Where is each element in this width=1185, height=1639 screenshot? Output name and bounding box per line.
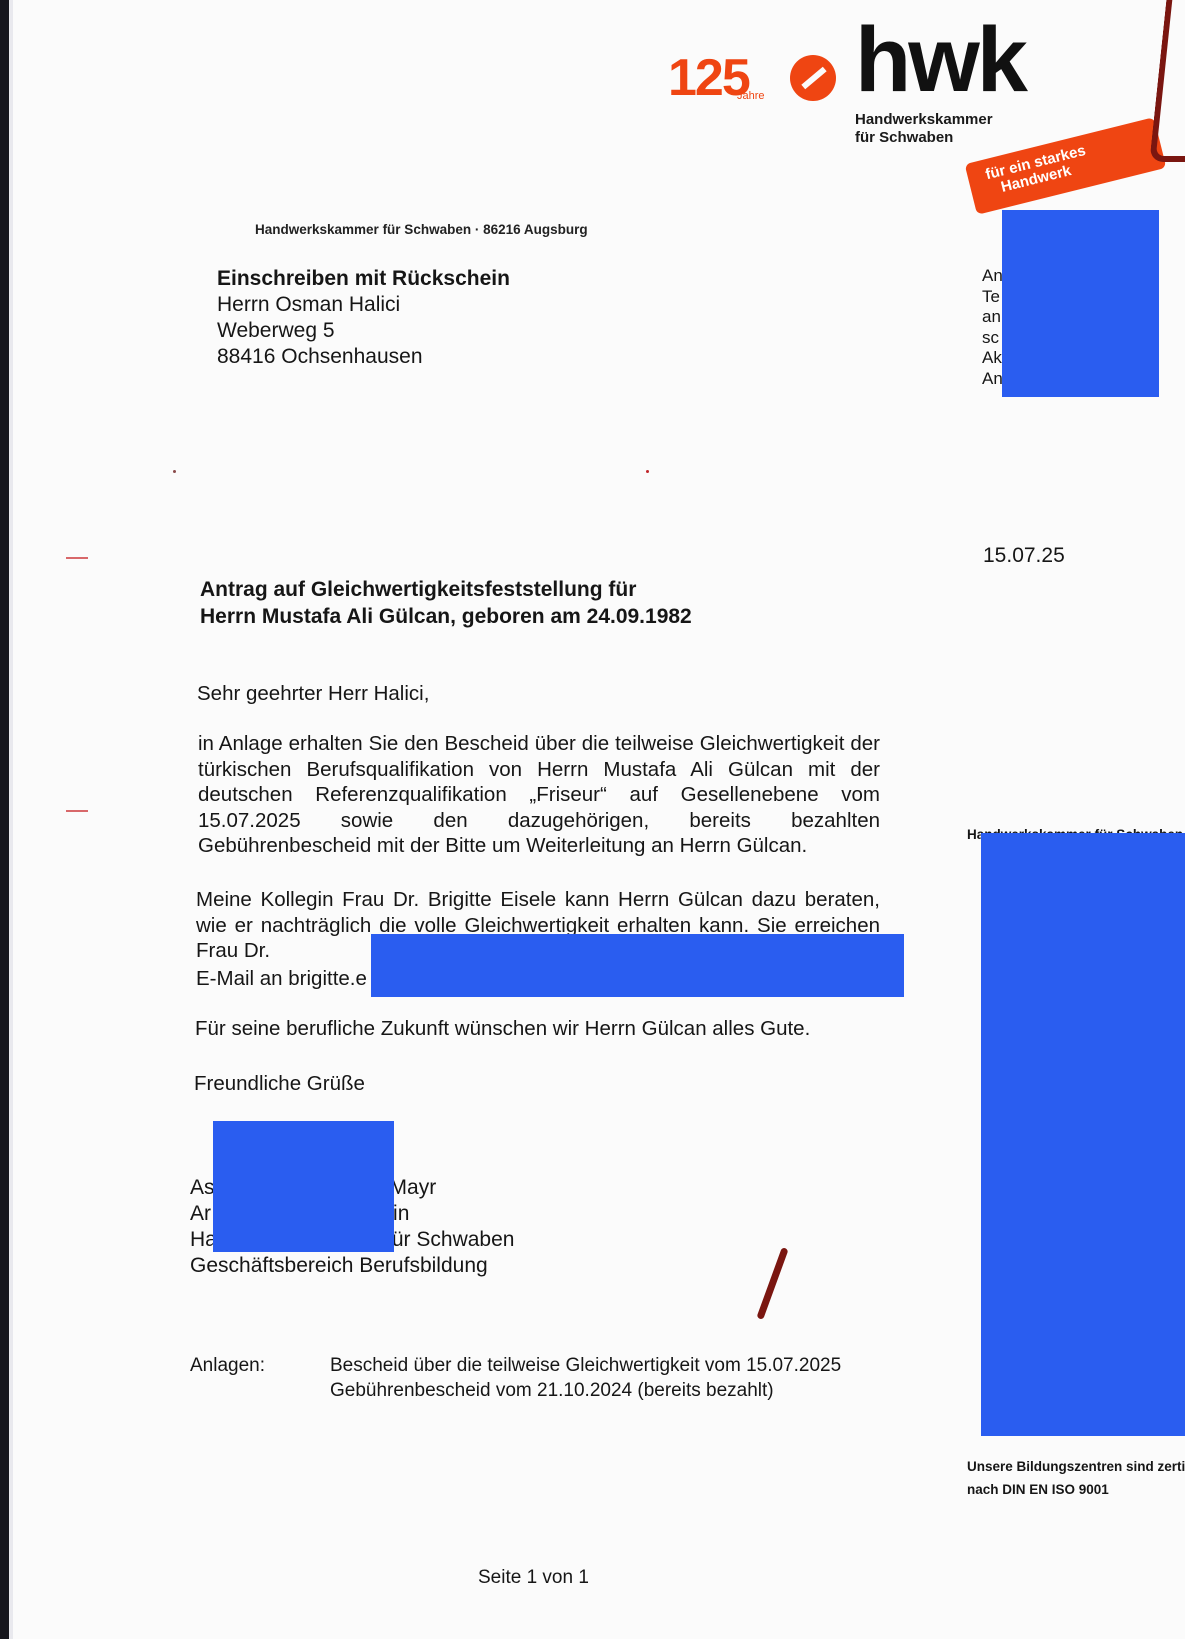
slogan-banner: für ein starkes Handwerk <box>965 117 1167 215</box>
scan-edge <box>0 0 9 1639</box>
attachment-item: Gebührenbescheid vom 21.10.2024 (bereits… <box>330 1378 841 1403</box>
delivery-type: Einschreiben mit Rückschein <box>217 266 510 292</box>
scan-dot <box>646 470 649 473</box>
recipient-name: Herrn Osman Halici <box>217 292 510 318</box>
redaction-box <box>1002 210 1159 397</box>
sender-return-line: Handwerkskammer für Schwaben · 86216 Aug… <box>255 222 588 237</box>
recipient-city: 88416 Ochsenhausen <box>217 344 510 370</box>
redaction-box <box>371 934 904 997</box>
brand-wordmark: hwk <box>855 8 1025 113</box>
fold-mark <box>66 810 88 812</box>
attachment-item: Bescheid über die teilweise Gleichwertig… <box>330 1353 841 1378</box>
certification-line1: Unsere Bildungszentren sind zertifizi <box>967 1455 1185 1478</box>
anniversary-unit: Jahre <box>737 90 765 102</box>
hwk-logo-icon <box>790 55 836 101</box>
recipient-address: Einschreiben mit Rückschein Herrn Osman … <box>217 266 510 370</box>
scan-dot <box>173 470 176 473</box>
subject-line1: Antrag auf Gleichwertigkeitsfeststellung… <box>200 576 692 603</box>
salutation: Sehr geehrter Herr Halici, <box>197 681 879 707</box>
certification-note: Unsere Bildungszentren sind zertifizi na… <box>967 1455 1185 1501</box>
certification-line2: nach DIN EN ISO 9001 <box>967 1478 1185 1501</box>
attachments-label: Anlagen: <box>190 1355 265 1377</box>
org-name-line2: für Schwaben <box>855 129 993 147</box>
attachments-list: Bescheid über die teilweise Gleichwertig… <box>330 1353 841 1403</box>
letter-date: 15.07.25 <box>983 544 1065 568</box>
org-name-line1: Handwerkskammer <box>855 111 993 129</box>
subject: Antrag auf Gleichwertigkeitsfeststellung… <box>200 576 692 630</box>
fold-mark <box>66 557 88 559</box>
redaction-box <box>981 833 1185 1436</box>
body-paragraph: in Anlage erhalten Sie den Bescheid über… <box>198 731 880 859</box>
pen-stroke-mark <box>1149 0 1185 162</box>
subject-line2: Herrn Mustafa Ali Gülcan, geboren am 24.… <box>200 603 692 630</box>
signature-line: Geschäftsbereich Berufsbildung <box>190 1253 514 1279</box>
scan-edge-highlight <box>9 0 13 1639</box>
body-paragraph: Für seine berufliche Zukunft wünschen wi… <box>195 1016 915 1042</box>
redaction-box <box>213 1121 394 1252</box>
pen-stroke-mark <box>756 1247 788 1320</box>
recipient-street: Weberweg 5 <box>217 318 510 344</box>
org-name: Handwerkskammer für Schwaben <box>855 111 993 147</box>
closing: Freundliche Grüße <box>194 1071 876 1097</box>
page-number: Seite 1 von 1 <box>478 1567 589 1589</box>
